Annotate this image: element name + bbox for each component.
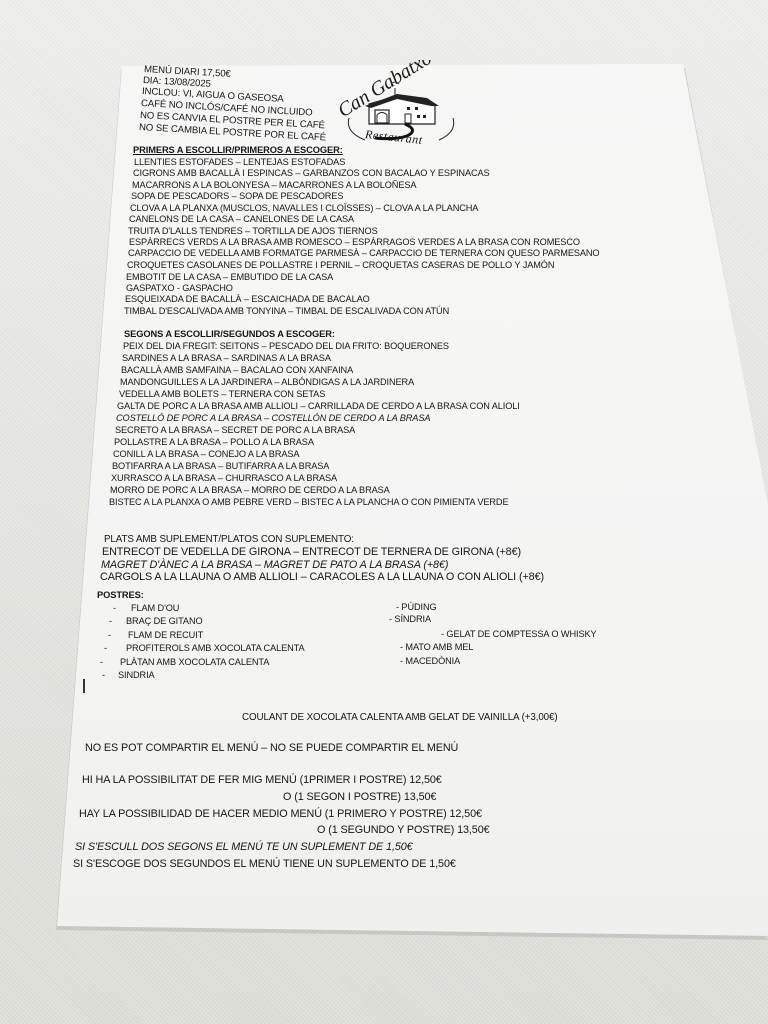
note-half-ca: HI HA LA POSSIBILITAT DE FER MIG MENÚ (1… xyxy=(82,774,442,786)
note-half-ca-alt: O (1 SEGON I POSTRE) 13,50€ xyxy=(283,791,436,803)
bullet: - xyxy=(100,657,103,667)
list-item: FLAM D'OU xyxy=(131,603,179,613)
list-item: MORRO DE PORC A LA BRASA – MORRO DE CERD… xyxy=(110,485,390,495)
list-item: CARGOLS A LA LLAUNA O AMB ALLIOLI – CARA… xyxy=(100,571,544,583)
list-item: GALTA DE PORC A LA BRASA AMB ALLIOLI – C… xyxy=(117,401,520,411)
list-item: XURRASCO A LA BRASA – CHURRASCO A LA BRA… xyxy=(111,473,337,483)
list-item: COSTELLÓ DE PORC A LA BRASA – COSTELLÓN … xyxy=(116,413,430,423)
list-item: VEDELLA AMB BOLETS – TERNERA CON SETAS xyxy=(119,389,325,399)
list-item: CROQUETES CASOLANES DE POLLASTRE I PERNI… xyxy=(127,260,554,270)
list-item: SOPA DE PESCADORS – SOPA DE PESCADORES xyxy=(131,191,343,201)
list-item: - MATO AMB MEL xyxy=(400,642,473,652)
postres-title: POSTRES: xyxy=(97,590,144,600)
suplement-title: PLATS AMB SUPLEMENT/PLATOS CON SUPLEMENT… xyxy=(104,534,354,545)
list-item: TIMBAL D'ESCALIVADA AMB TONYINA – TIMBAL… xyxy=(124,306,449,316)
bullet: - xyxy=(113,603,116,613)
list-item: ENTRECOT DE VEDELLA DE GIRONA – ENTRECOT… xyxy=(102,546,521,558)
list-item: POLLASTRE A LA BRASA – POLLO A LA BRASA xyxy=(114,437,314,447)
list-item: EMBOTIT DE LA CASA – EMBUTIDO DE LA CASA xyxy=(126,272,333,282)
list-item: ESQUEIXADA DE BACALLÀ – ESCAICHADA DE BA… xyxy=(125,294,370,304)
list-item: SECRETO A LA BRASA – SECRET DE PORC A LA… xyxy=(115,425,355,435)
list-item: CIGRONS AMB BACALLÀ I ESPINCAS – GARBANZ… xyxy=(133,168,490,178)
note-half-es: HAY LA POSSIBILIDAD DE HACER MEDIO MENÚ … xyxy=(79,808,482,820)
list-item: BISTEC A LA PLANXA O AMB PEBRE VERD – BI… xyxy=(109,497,508,507)
bullet: - xyxy=(104,643,107,653)
menu-sheet: MENÚ DIARI 17,50€ DIA: 13/08/2025 INCLOU… xyxy=(0,0,768,1024)
restaurant-logo: Can Gabatxó Restaurant xyxy=(335,60,470,150)
list-item: SINDRIA xyxy=(118,670,155,680)
bullet: - xyxy=(108,630,111,640)
list-item: - MACEDÒNIA xyxy=(400,656,460,666)
list-item: MACARRONS A LA BOLONYESA – MACARRONES A … xyxy=(132,180,416,190)
note-share: NO ES POT COMPARTIR EL MENÚ – NO SE PUED… xyxy=(85,742,458,754)
list-item: PEIX DEL DIA FREGIT: SEITONS – PESCADO D… xyxy=(123,341,449,351)
list-item: ESPÀRRECS VERDS A LA BRASA AMB ROMESCO –… xyxy=(129,237,580,247)
list-item: CANELONS DE LA CASA – CANELONES DE LA CA… xyxy=(129,214,354,224)
segons-title: SEGONS A ESCOLLIR/SEGUNDOS A ESCOGER: xyxy=(124,329,335,339)
list-item: PROFITEROLS AMB XOCOLATA CALENTA xyxy=(126,643,305,653)
list-item: CLOVA A LA PLANXA (MUSCLOS, NAVALLES I C… xyxy=(130,203,478,213)
note-supp-es: SI S'ESCOGE DOS SEGUNDOS EL MENÚ TIENE U… xyxy=(73,858,456,870)
list-item: PLÀTAN AMB XOCOLATA CALENTA xyxy=(120,657,269,667)
list-item: CARPACCIO DE VEDELLA AMB FORMATGE PARMES… xyxy=(128,248,599,258)
list-item: - SÍNDRIA xyxy=(389,614,431,624)
list-item: MANDONGUILLES A LA JARDINERA – ALBÓNDIGA… xyxy=(120,377,414,387)
text-cursor-mark xyxy=(83,679,85,693)
list-item: GASPATXO - GASPACHO xyxy=(126,283,233,293)
list-item: - PÚDING xyxy=(396,602,437,612)
list-item: FLAM DE RECUIT xyxy=(128,630,203,640)
list-item: MAGRET D'ÀNEC A LA BRASA – MAGRET DE PAT… xyxy=(101,559,448,571)
bullet: - xyxy=(109,616,112,626)
postre-extra: COULANT DE XOCOLATA CALENTA AMB GELAT DE… xyxy=(242,712,558,723)
list-item: SARDINES A LA BRASA – SARDINAS A LA BRAS… xyxy=(122,353,331,363)
list-item: BACALLÀ AMB SAMFAINA – BACALAO CON XANFA… xyxy=(121,365,353,375)
list-item: TRUITA D'LALLS TENDRES – TORTILLA DE AJO… xyxy=(128,226,378,236)
list-item: CONILL A LA BRASA – CONEJO A LA BRASA xyxy=(113,449,299,459)
list-item: - GELAT DE COMPTESSA O WHISKY xyxy=(441,629,597,639)
list-item: BOTIFARRA A LA BRASA – BUTIFARRA A LA BR… xyxy=(112,461,329,471)
list-item: LLENTIES ESTOFADES – LENTEJAS ESTOFADAS xyxy=(134,157,345,167)
list-item: BRAÇ DE GITANO xyxy=(126,616,203,626)
primers-title: PRIMERS A ESCOLLIR/PRIMEROS A ESCOGER: xyxy=(133,145,343,155)
bullet: - xyxy=(102,670,105,680)
note-half-es-alt: O (1 SEGUNDO Y POSTRE) 13,50€ xyxy=(317,824,490,836)
note-supp-ca: SI S'ESCULL DOS SEGONS EL MENÚ TE UN SUP… xyxy=(75,841,413,853)
